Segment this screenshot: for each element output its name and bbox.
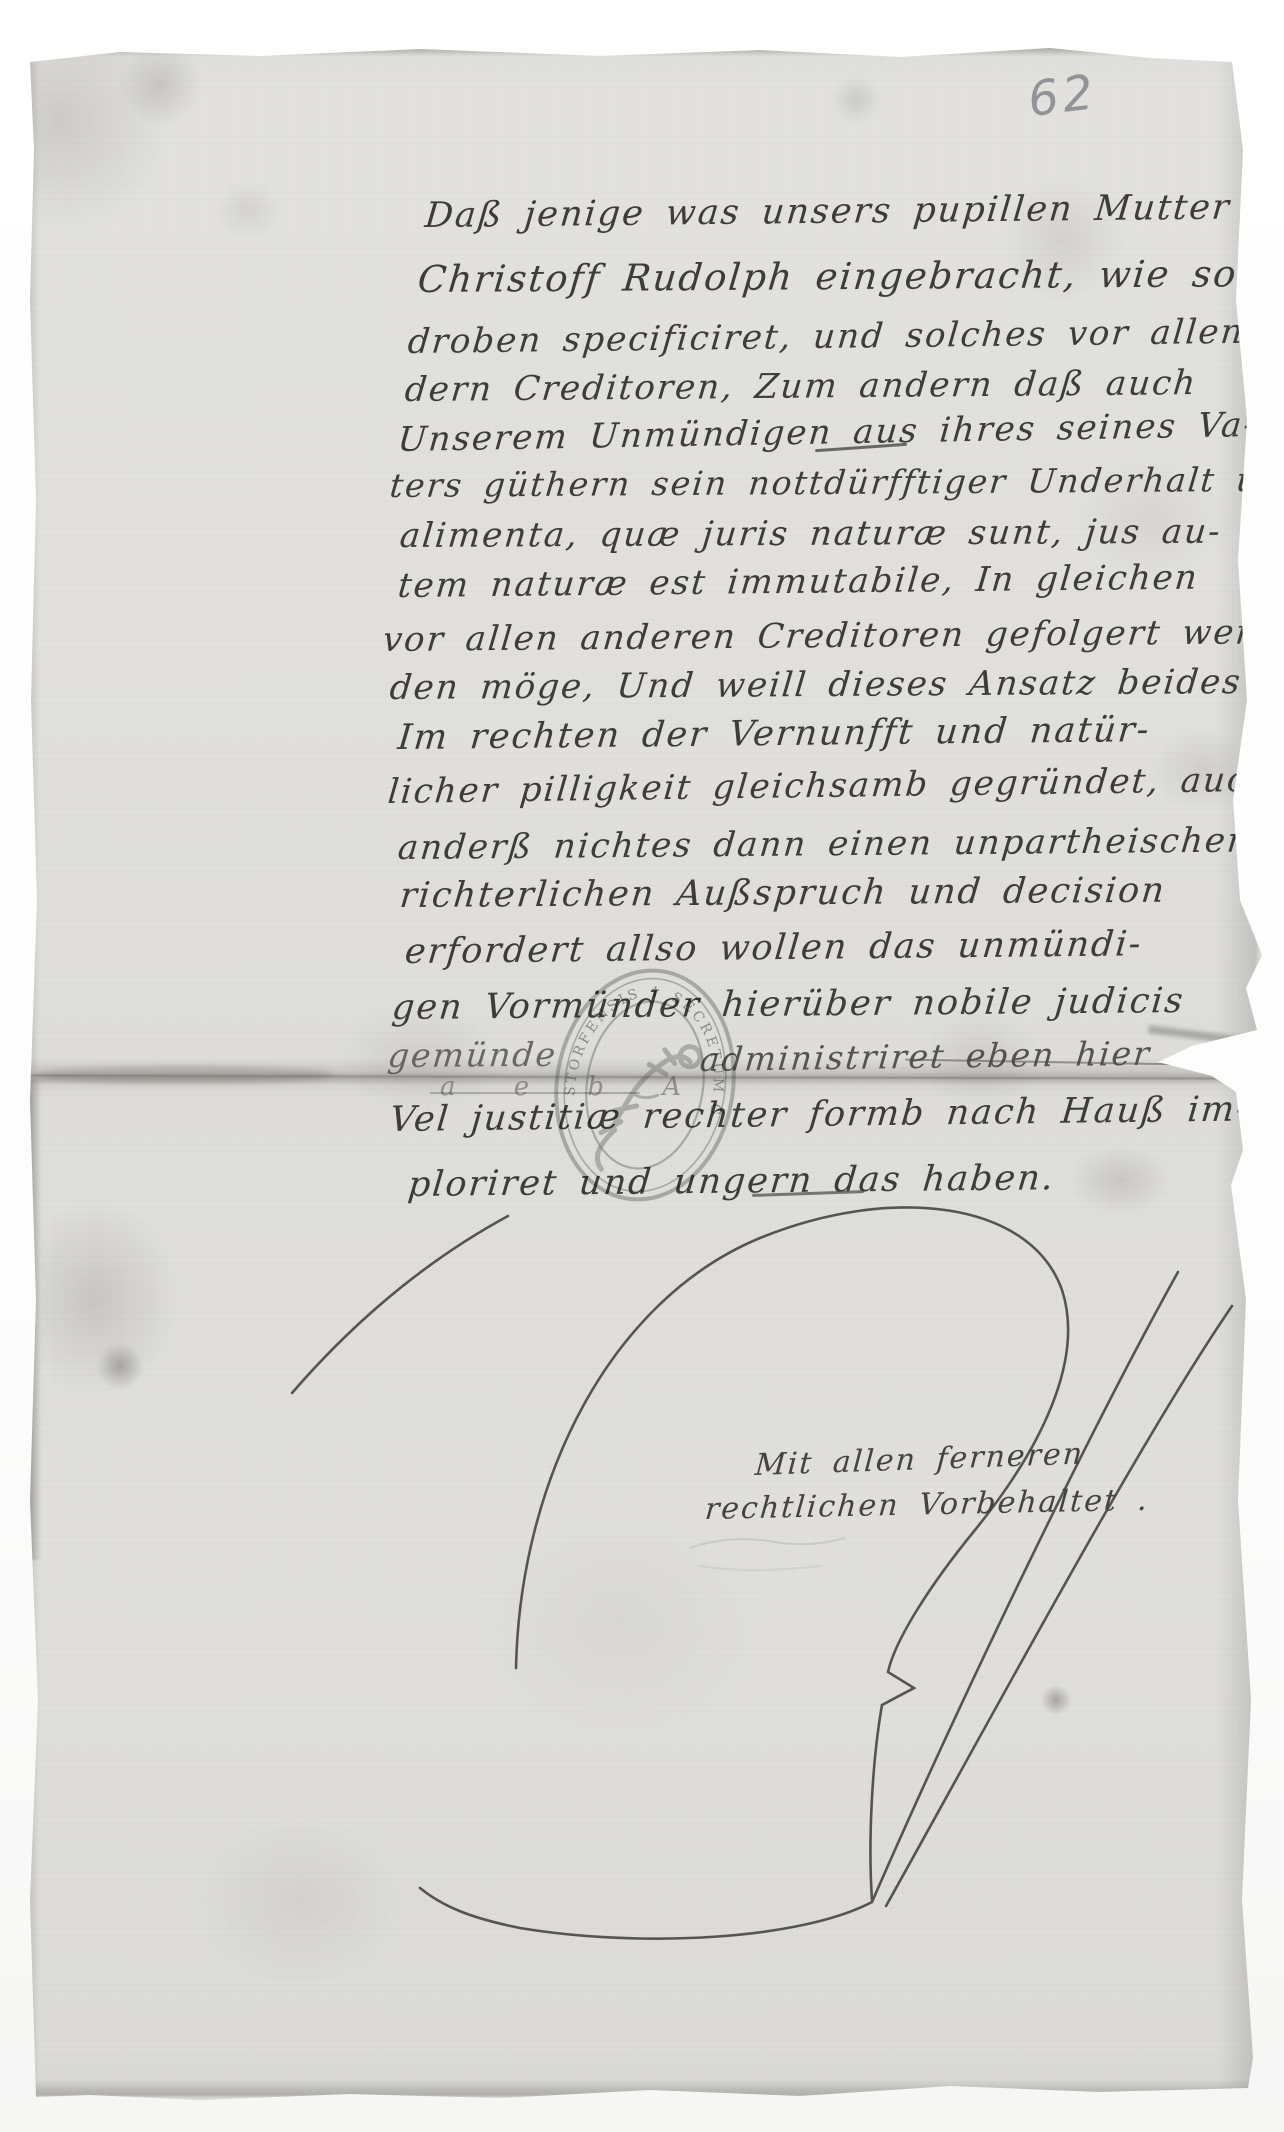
fold-crease-shadow — [34, 1066, 334, 1084]
scan-background: 62 Daß jenige was unsers pupillen Mutter… — [0, 0, 1284, 2132]
manuscript-page: 62 Daß jenige was unsers pupillen Mutter… — [0, 0, 1284, 2132]
pencil-showthrough-marks — [690, 1538, 845, 1570]
